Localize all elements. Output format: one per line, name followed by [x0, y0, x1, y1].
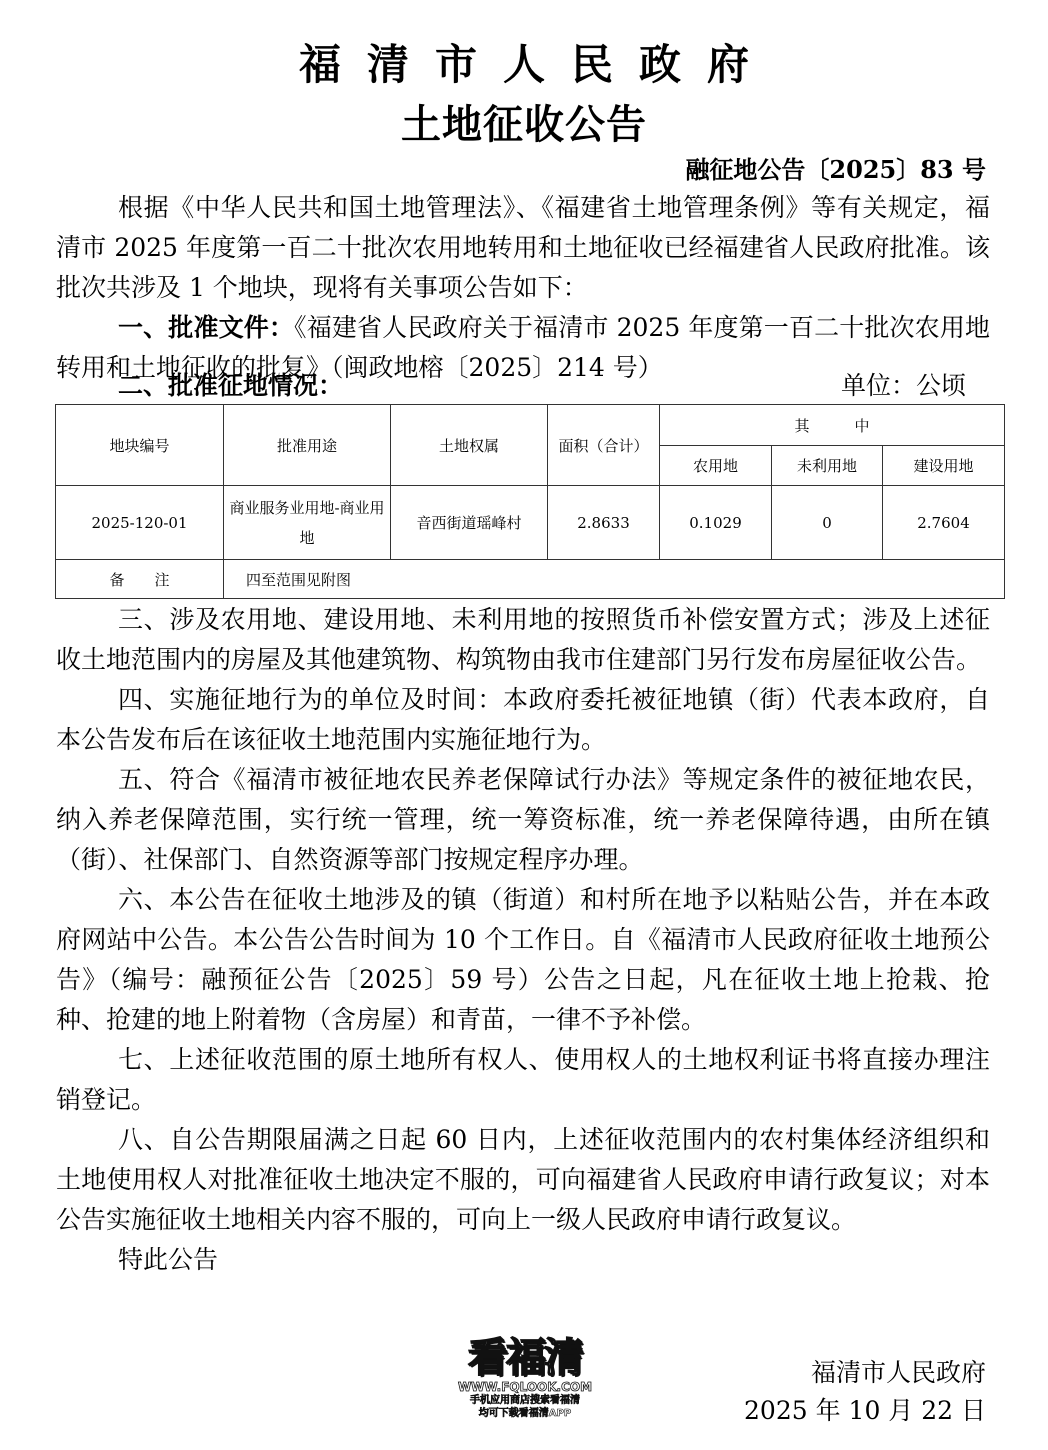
header-of-which: 其 中 — [660, 405, 1005, 446]
cell-area-total: 2.8633 — [548, 486, 660, 560]
unit-label: 单位：公顷 — [841, 366, 966, 406]
watermark-logo: 看福清 WWW.FQLOOK.COM 手机应用商店搜索看福清 均可下载看福清AP… — [455, 1336, 595, 1420]
remark-row: 备 注 四至范围见附图 — [56, 560, 1005, 599]
header-approved-use: 批准用途 — [224, 405, 391, 486]
watermark-url: WWW.FQLOOK.COM — [455, 1380, 595, 1394]
body-paragraphs: 三、涉及农用地、建设用地、未利用地的按照货币补偿安置方式；涉及上述征收土地范围内… — [56, 600, 990, 1280]
cell-construction: 2.7604 — [883, 486, 1005, 560]
header-area-total: 面积（合计） — [548, 405, 660, 486]
paragraph-implementing-unit: 四、实施征地行为的单位及时间：本政府委托被征地镇（街）代表本政府，自本公告发布后… — [56, 680, 990, 760]
cell-farmland: 0.1029 — [660, 486, 772, 560]
cell-ownership: 音西街道瑶峰村 — [391, 486, 548, 560]
intro-block: 根据《中华人民共和国土地管理法》、《福建省土地管理条例》等有关规定，福清市 20… — [56, 188, 990, 388]
header-parcel-id: 地块编号 — [56, 405, 224, 486]
signature-issuer: 福清市人民政府 — [744, 1354, 986, 1392]
paragraph-pension: 五、符合《福清市被征地农民养老保障试行办法》等规定条件的被征地农民，纳入养老保障… — [56, 760, 990, 880]
paragraph-appeal: 八、自公告期限届满之日起 60 日内，上述征收范围内的农村集体经济组织和土地使用… — [56, 1120, 990, 1240]
watermark-hint-2: 均可下载看福清APP — [455, 1407, 595, 1420]
header-construction: 建设用地 — [883, 446, 1005, 486]
section2-heading: 二、批准征地情况： — [118, 366, 343, 406]
header-ownership: 土地权属 — [391, 405, 548, 486]
intro-paragraph: 根据《中华人民共和国土地管理法》、《福建省土地管理条例》等有关规定，福清市 20… — [56, 188, 990, 308]
cell-unused: 0 — [772, 486, 883, 560]
paragraph-deregistration: 七、上述征收范围的原土地所有权人、使用权人的土地权利证书将直接办理注销登记。 — [56, 1040, 990, 1120]
cell-parcel-id: 2025-120-01 — [56, 486, 224, 560]
issuer-title: 福清市人民政府 — [0, 38, 1048, 92]
closing-text: 特此公告 — [56, 1240, 990, 1280]
header-unused: 未利用地 — [772, 446, 883, 486]
header-farmland: 农用地 — [660, 446, 772, 486]
signature-date: 2025 年 10 月 22 日 — [744, 1392, 986, 1430]
land-acquisition-table: 地块编号 批准用途 土地权属 面积（合计） 其 中 农用地 未利用地 建设用地 … — [55, 404, 1005, 599]
remark-value: 四至范围见附图 — [224, 560, 1005, 599]
paragraph-publication: 六、本公告在征收土地涉及的镇（街道）和村所在地予以粘贴公告，并在本政府网站中公告… — [56, 880, 990, 1040]
remark-label: 备 注 — [56, 560, 224, 599]
watermark-brand: 看福清 — [455, 1336, 595, 1380]
signature-block: 福清市人民政府 2025 年 10 月 22 日 — [744, 1354, 986, 1430]
section1-heading: 一、批准文件： — [118, 313, 294, 342]
watermark-hint-1: 手机应用商店搜索看福清 — [455, 1394, 595, 1407]
table-row: 2025-120-01 商业服务业用地-商业用地 音西街道瑶峰村 2.8633 … — [56, 486, 1005, 560]
announcement-title: 土地征收公告 — [0, 98, 1048, 152]
cell-approved-use: 商业服务业用地-商业用地 — [224, 486, 391, 560]
document-number: 融征地公告〔2025〕83 号 — [685, 152, 986, 188]
paragraph-compensation: 三、涉及农用地、建设用地、未利用地的按照货币补偿安置方式；涉及上述征收土地范围内… — [56, 600, 990, 680]
